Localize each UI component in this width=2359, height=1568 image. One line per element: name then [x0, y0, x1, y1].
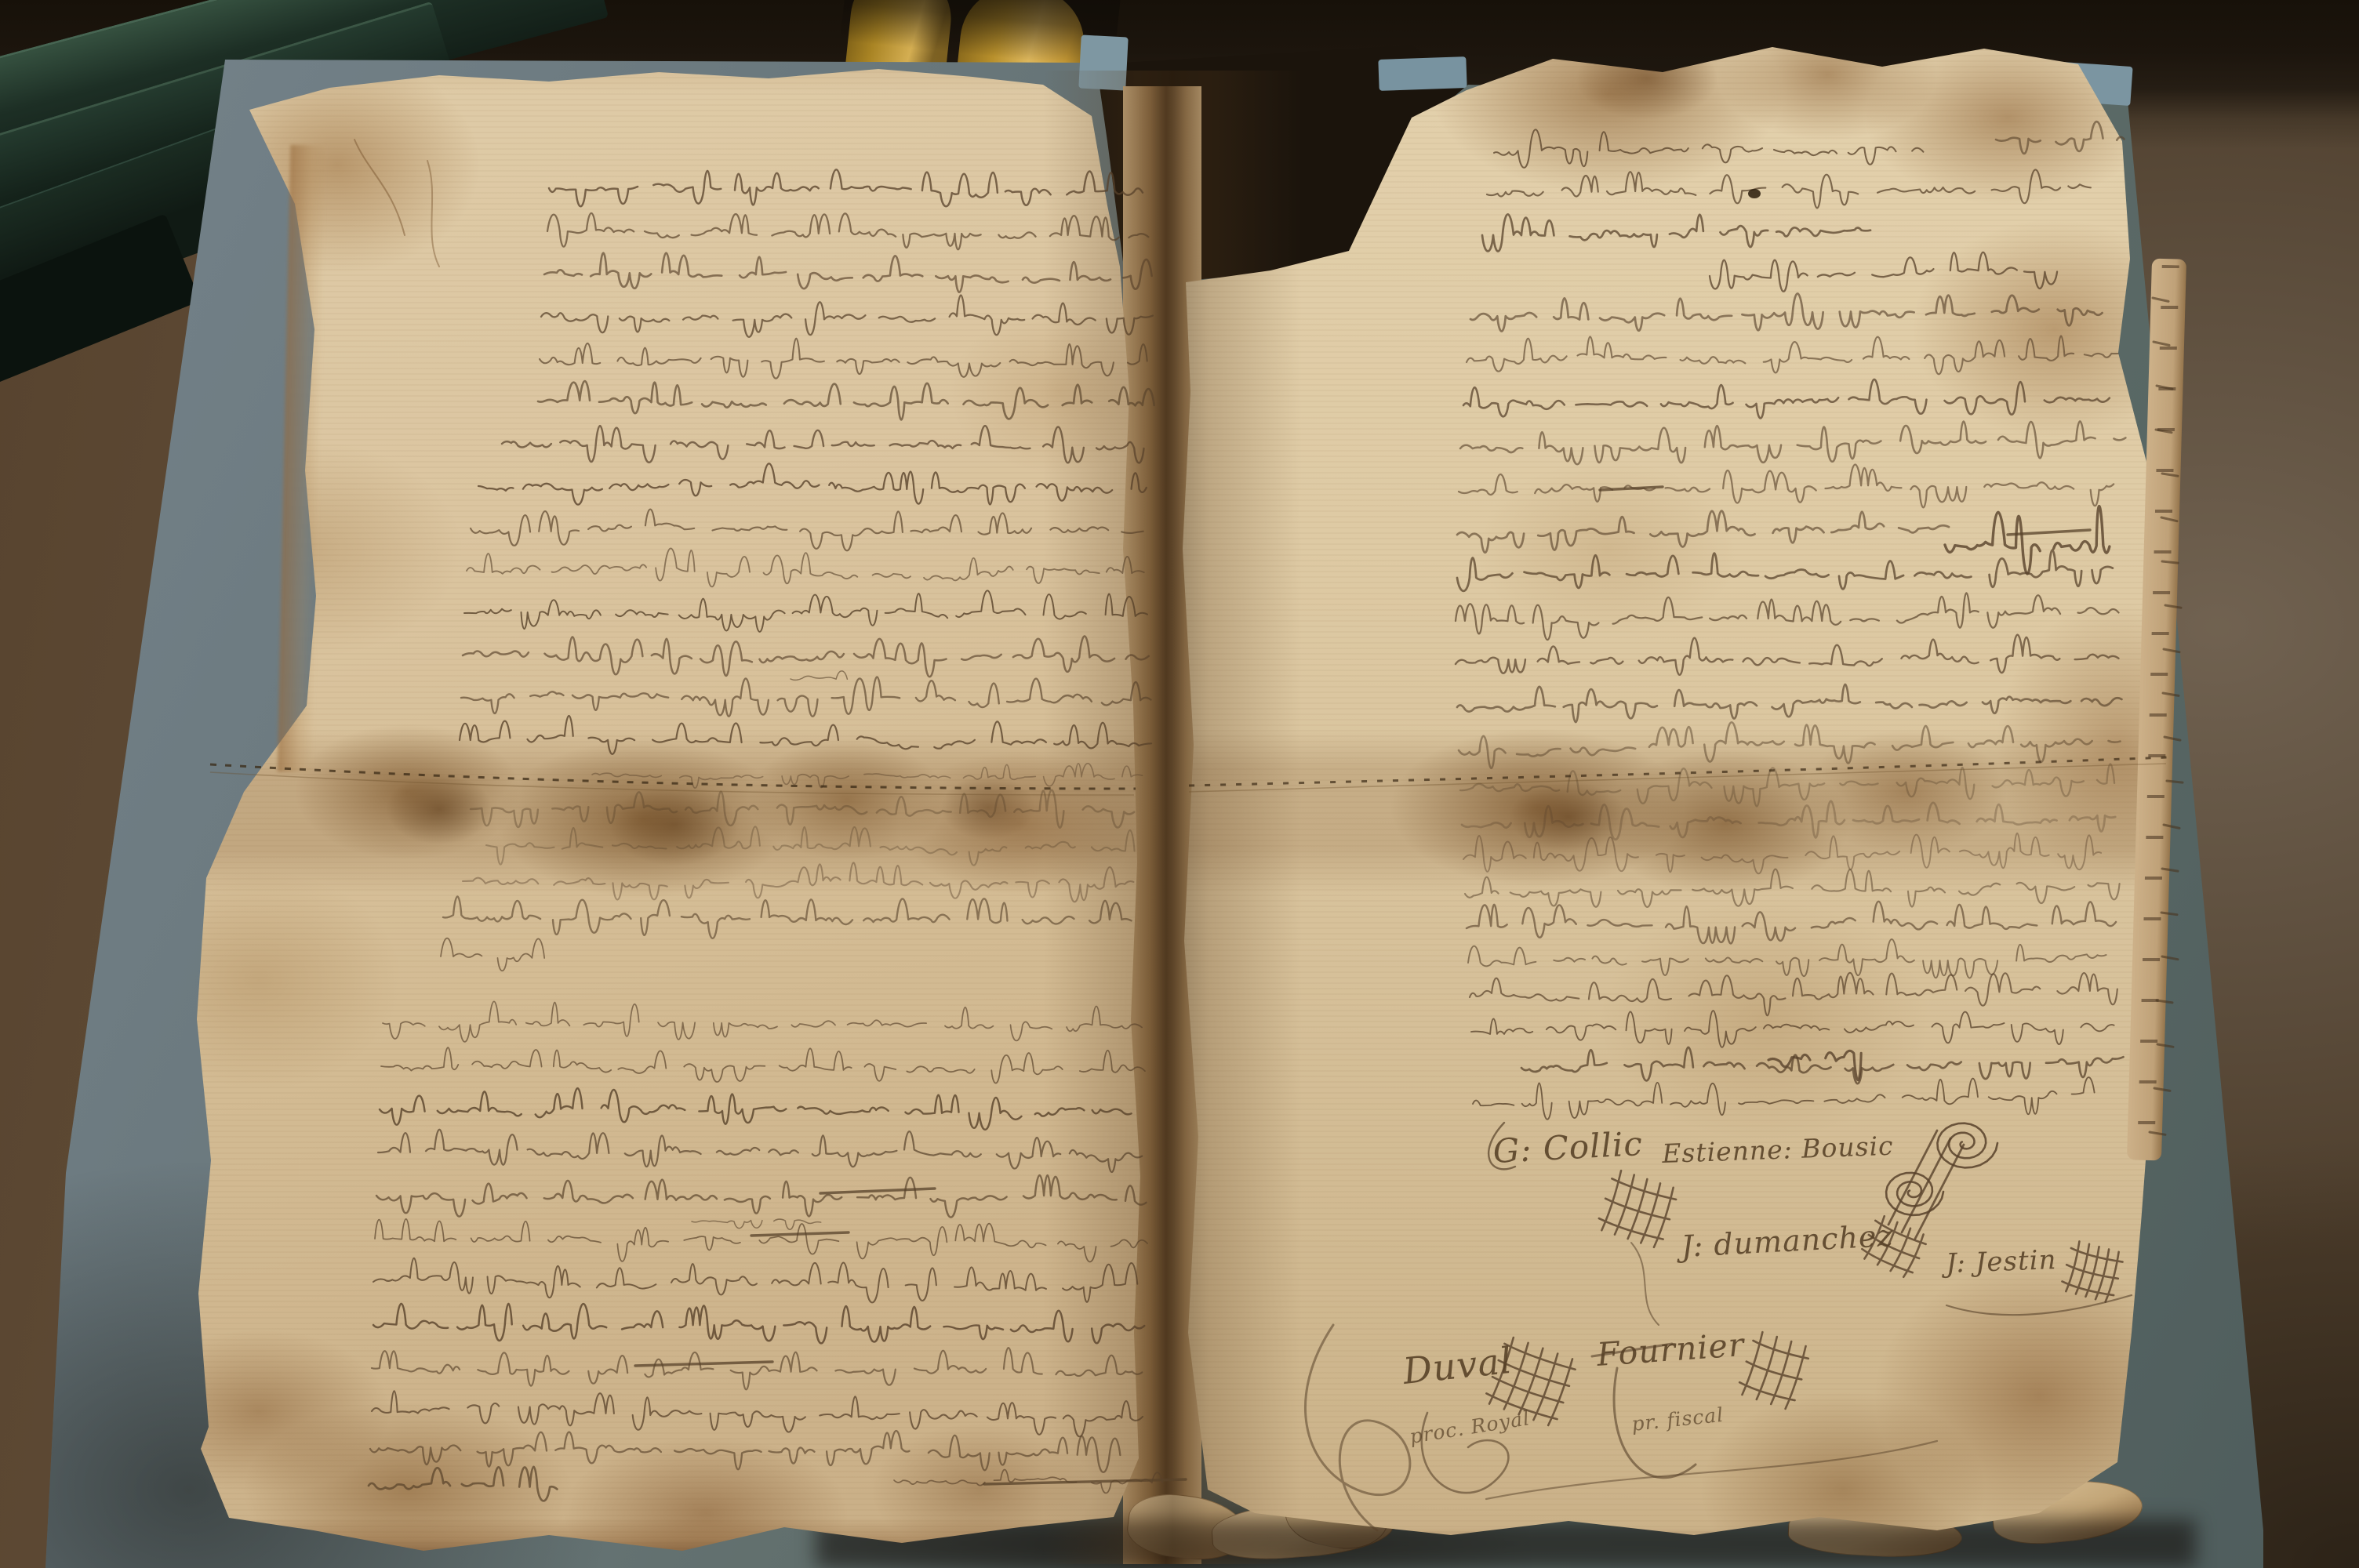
signature-collic: G: Collic — [1492, 1124, 1644, 1171]
signature-jestin: J: Jestin — [1946, 1244, 2057, 1279]
gutter-shadow — [1043, 71, 1302, 1564]
manuscript-photo: G: Collic Estienne: Bousic J: dumanchez … — [0, 0, 2359, 1568]
folder-edge-strip — [1378, 56, 1467, 91]
